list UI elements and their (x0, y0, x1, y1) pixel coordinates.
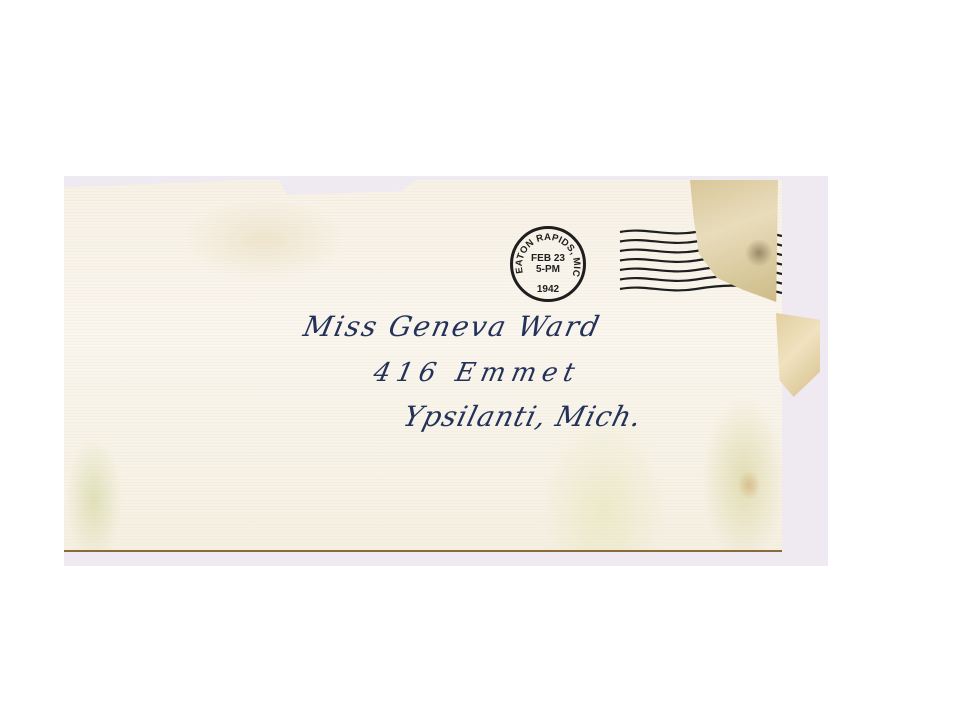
envelope: EATON RAPIDS, MICH. 1942 FEB 23 5-PM Mis… (64, 180, 782, 552)
postmark-date: FEB 23 (513, 253, 583, 264)
recipient-street: 416 Emmet (371, 358, 583, 388)
postmark: EATON RAPIDS, MICH. 1942 FEB 23 5-PM (510, 226, 586, 302)
recipient-name: Miss Geneva Ward (300, 310, 604, 343)
postmark-time: 5-PM (513, 264, 583, 275)
torn-side-flap (776, 313, 820, 397)
scan-backing: EATON RAPIDS, MICH. 1942 FEB 23 5-PM Mis… (64, 176, 828, 566)
postmark-year: 1942 (537, 284, 560, 295)
stain (744, 240, 774, 266)
recipient-city: Ypsilanti, Mich. (400, 400, 646, 433)
